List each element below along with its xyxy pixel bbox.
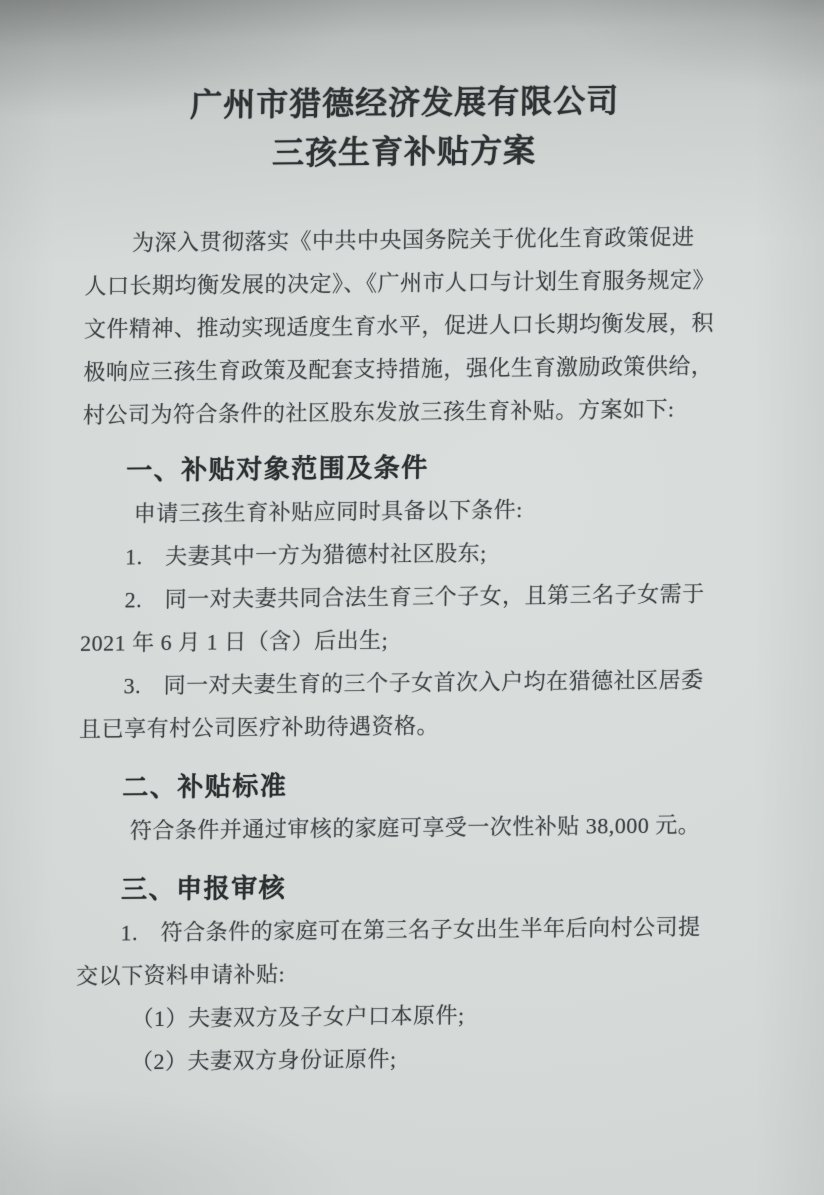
- section-2-heading: 二、补贴标准: [78, 760, 779, 810]
- section-3-sub-item-1: （1）夫妻双方及子女户口本原件;: [75, 991, 776, 1041]
- section-2-body: 符合条件并通过审核的家庭可享受一次性补贴 38,000 元。: [78, 803, 779, 853]
- section-1-item-2-line-2: 2021 年 6 月 1 日（含）后出生;: [80, 615, 781, 665]
- section-3-heading: 三、申报审核: [77, 862, 778, 912]
- section-3-item-1-line-1: 1. 符合条件的家庭可在第三名子女出生半年后向村公司提: [76, 905, 777, 955]
- document-photo: 广州市猎德经济发展有限公司 三孩生育补贴方案 为深入贯彻落实《中共中央国务院关于…: [0, 0, 824, 1195]
- section-1-item-1: 1. 夫妻其中一方为猎德村社区股东;: [81, 529, 782, 579]
- section-3-sub-item-2: （2）夫妻双方身份证原件;: [75, 1034, 776, 1084]
- document-title: 广州市猎德经济发展有限公司 三孩生育补贴方案: [22, 75, 787, 181]
- section-1-item-3-line-1: 3. 同一对夫妻生育的三个子女首次入户均在猎德社区居委: [79, 658, 780, 708]
- intro-line-1: 为深入贯彻落实《中共中央国务院关于优化生育政策促进: [85, 215, 786, 265]
- section-1-item-2-line-1: 2. 同一对夫妻共同合法生育三个子女，且第三名子女需于: [80, 572, 781, 622]
- title-line-2: 三孩生育补贴方案: [22, 124, 787, 181]
- section-1-intro-line: 申请三孩生育补贴应同时具备以下条件:: [81, 486, 782, 536]
- intro-line-4: 极响应三孩生育政策及配套支持措施，强化生育激励政策供给，: [83, 344, 784, 394]
- intro-line-2: 人口长期均衡发展的决定》、《广州市人口与计划生育服务规定》: [84, 258, 785, 308]
- section-1-heading: 一、补贴对象范围及条件: [82, 443, 783, 493]
- intro-line-5: 村公司为符合条件的社区股东发放三孩生育补贴。方案如下:: [83, 387, 784, 437]
- section-3-item-1-line-2: 交以下资料申请补贴:: [76, 948, 777, 998]
- section-1-item-3-line-2: 且已享有村公司医疗补助待遇资格。: [79, 701, 780, 751]
- title-line-1: 广州市猎德经济发展有限公司: [22, 75, 787, 132]
- document-sheet: 广州市猎德经济发展有限公司 三孩生育补贴方案 为深入贯彻落实《中共中央国务院关于…: [0, 0, 824, 1085]
- intro-line-3: 文件精神、推动实现适度生育水平，促进人口长期均衡发展，积: [84, 301, 785, 351]
